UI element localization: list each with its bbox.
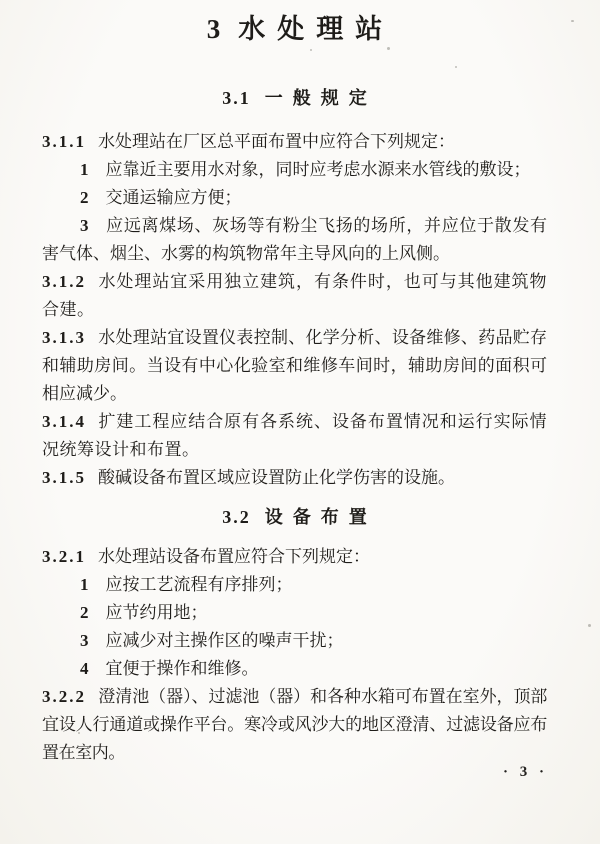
chapter-heading: 3水处理站 [42, 0, 547, 46]
clause-paragraph-3-1-3: 3.1.3水处理站宜设置仪表控制、化学分析、设备维修、药品贮存和辅助房间。当设有… [42, 324, 547, 408]
clause-number: 3.1.2 [42, 272, 86, 291]
item-number: 4 [80, 659, 89, 678]
list-item-2: 2交通运输应方便； [42, 184, 547, 212]
clause-text: 澄清池（器）、过滤池（器）和各种水箱可布置在室外，顶部宜设人行通道或操作平台。寒… [42, 687, 547, 762]
clause-paragraph-3-1-4: 3.1.4扩建工程应结合原有各系统、设备布置情况和运行实际情况统筹设计和布置。 [42, 408, 547, 464]
item-text: 宜便于操作和维修。 [106, 659, 259, 678]
clause-text: 扩建工程应结合原有各系统、设备布置情况和运行实际情况统筹设计和布置。 [42, 412, 547, 459]
item-number: 2 [80, 188, 89, 207]
section-number: 3.2 [222, 507, 251, 527]
item-text: 应按工艺流程有序排列； [106, 575, 293, 594]
section-heading-3-1: 3.1一般规定 [42, 84, 547, 112]
clause-paragraph-3-2-2: 3.2.2澄清池（器）、过滤池（器）和各种水箱可布置在室外，顶部宜设人行通道或操… [42, 683, 547, 767]
clause-number: 3.1.1 [42, 132, 86, 151]
item-number: 3 [80, 631, 89, 650]
section-title: 一般规定 [265, 88, 377, 108]
item-number: 1 [80, 575, 89, 594]
scan-speck [390, 424, 393, 426]
list-item-1: 1应靠近主要用水对象，同时应考虑水源来水管线的敷设； [42, 156, 547, 184]
item-number: 1 [80, 160, 89, 179]
clause-number: 3.1.3 [42, 328, 86, 347]
item-number: 3 [80, 216, 89, 235]
clause-paragraph-3-2-1: 3.2.1水处理站设备布置应符合下列规定： [42, 543, 547, 571]
clause-text: 水处理站在厂区总平面布置中应符合下列规定： [98, 132, 455, 151]
clause-paragraph-3-1-5: 3.1.5酸碱设备布置区域应设置防止化学伤害的设施。 [42, 464, 547, 492]
document-page: 3水处理站 3.1一般规定 3.1.1水处理站在厂区总平面布置中应符合下列规定：… [0, 0, 600, 844]
list-item-2: 2应节约用地； [42, 599, 547, 627]
list-item-4: 4宜便于操作和维修。 [42, 655, 547, 683]
section-title: 设备布置 [265, 507, 377, 527]
clause-text: 酸碱设备布置区域应设置防止化学伤害的设施。 [98, 468, 455, 487]
list-item-1: 1应按工艺流程有序排列； [42, 571, 547, 599]
clause-text: 水处理站宜采用独立建筑，有条件时，也可与其他建筑物合建。 [42, 272, 547, 319]
clause-paragraph-3-1-2: 3.1.2水处理站宜采用独立建筑，有条件时，也可与其他建筑物合建。 [42, 268, 547, 324]
list-item-3: 3应减少对主操作区的噪声干扰； [42, 627, 547, 655]
scan-speck [588, 624, 591, 627]
scan-speck [387, 47, 390, 50]
item-text: 应远离煤场、灰场等有粉尘飞扬的场所，并应位于散发有害气体、烟尘、水雾的构筑物常年… [42, 216, 547, 263]
clause-number: 3.2.1 [42, 547, 86, 566]
scan-speck [571, 20, 574, 22]
chapter-title: 水处理站 [238, 14, 394, 44]
list-item-3: 3应远离煤场、灰场等有粉尘飞扬的场所，并应位于散发有害气体、烟尘、水雾的构筑物常… [42, 212, 547, 268]
clause-number: 3.1.4 [42, 412, 86, 431]
item-text: 交通运输应方便； [106, 188, 242, 207]
scan-speck [455, 66, 457, 68]
clause-number: 3.1.5 [42, 468, 86, 487]
section-number: 3.1 [222, 88, 251, 108]
clause-number: 3.2.2 [42, 687, 86, 706]
scan-speck [310, 49, 312, 51]
chapter-number: 3 [207, 14, 221, 44]
item-text: 应节约用地； [106, 603, 208, 622]
item-number: 2 [80, 603, 89, 622]
clause-text: 水处理站宜设置仪表控制、化学分析、设备维修、药品贮存和辅助房间。当设有中心化验室… [42, 328, 547, 403]
clause-paragraph-3-1-1: 3.1.1水处理站在厂区总平面布置中应符合下列规定： [42, 128, 547, 156]
page-number: · 3 · [503, 764, 548, 781]
item-text: 应减少对主操作区的噪声干扰； [106, 631, 344, 650]
section-heading-3-2: 3.2设备布置 [42, 503, 547, 531]
scan-speck [78, 732, 80, 734]
clause-text: 水处理站设备布置应符合下列规定： [98, 547, 370, 566]
item-text: 应靠近主要用水对象，同时应考虑水源来水管线的敷设； [106, 160, 531, 179]
